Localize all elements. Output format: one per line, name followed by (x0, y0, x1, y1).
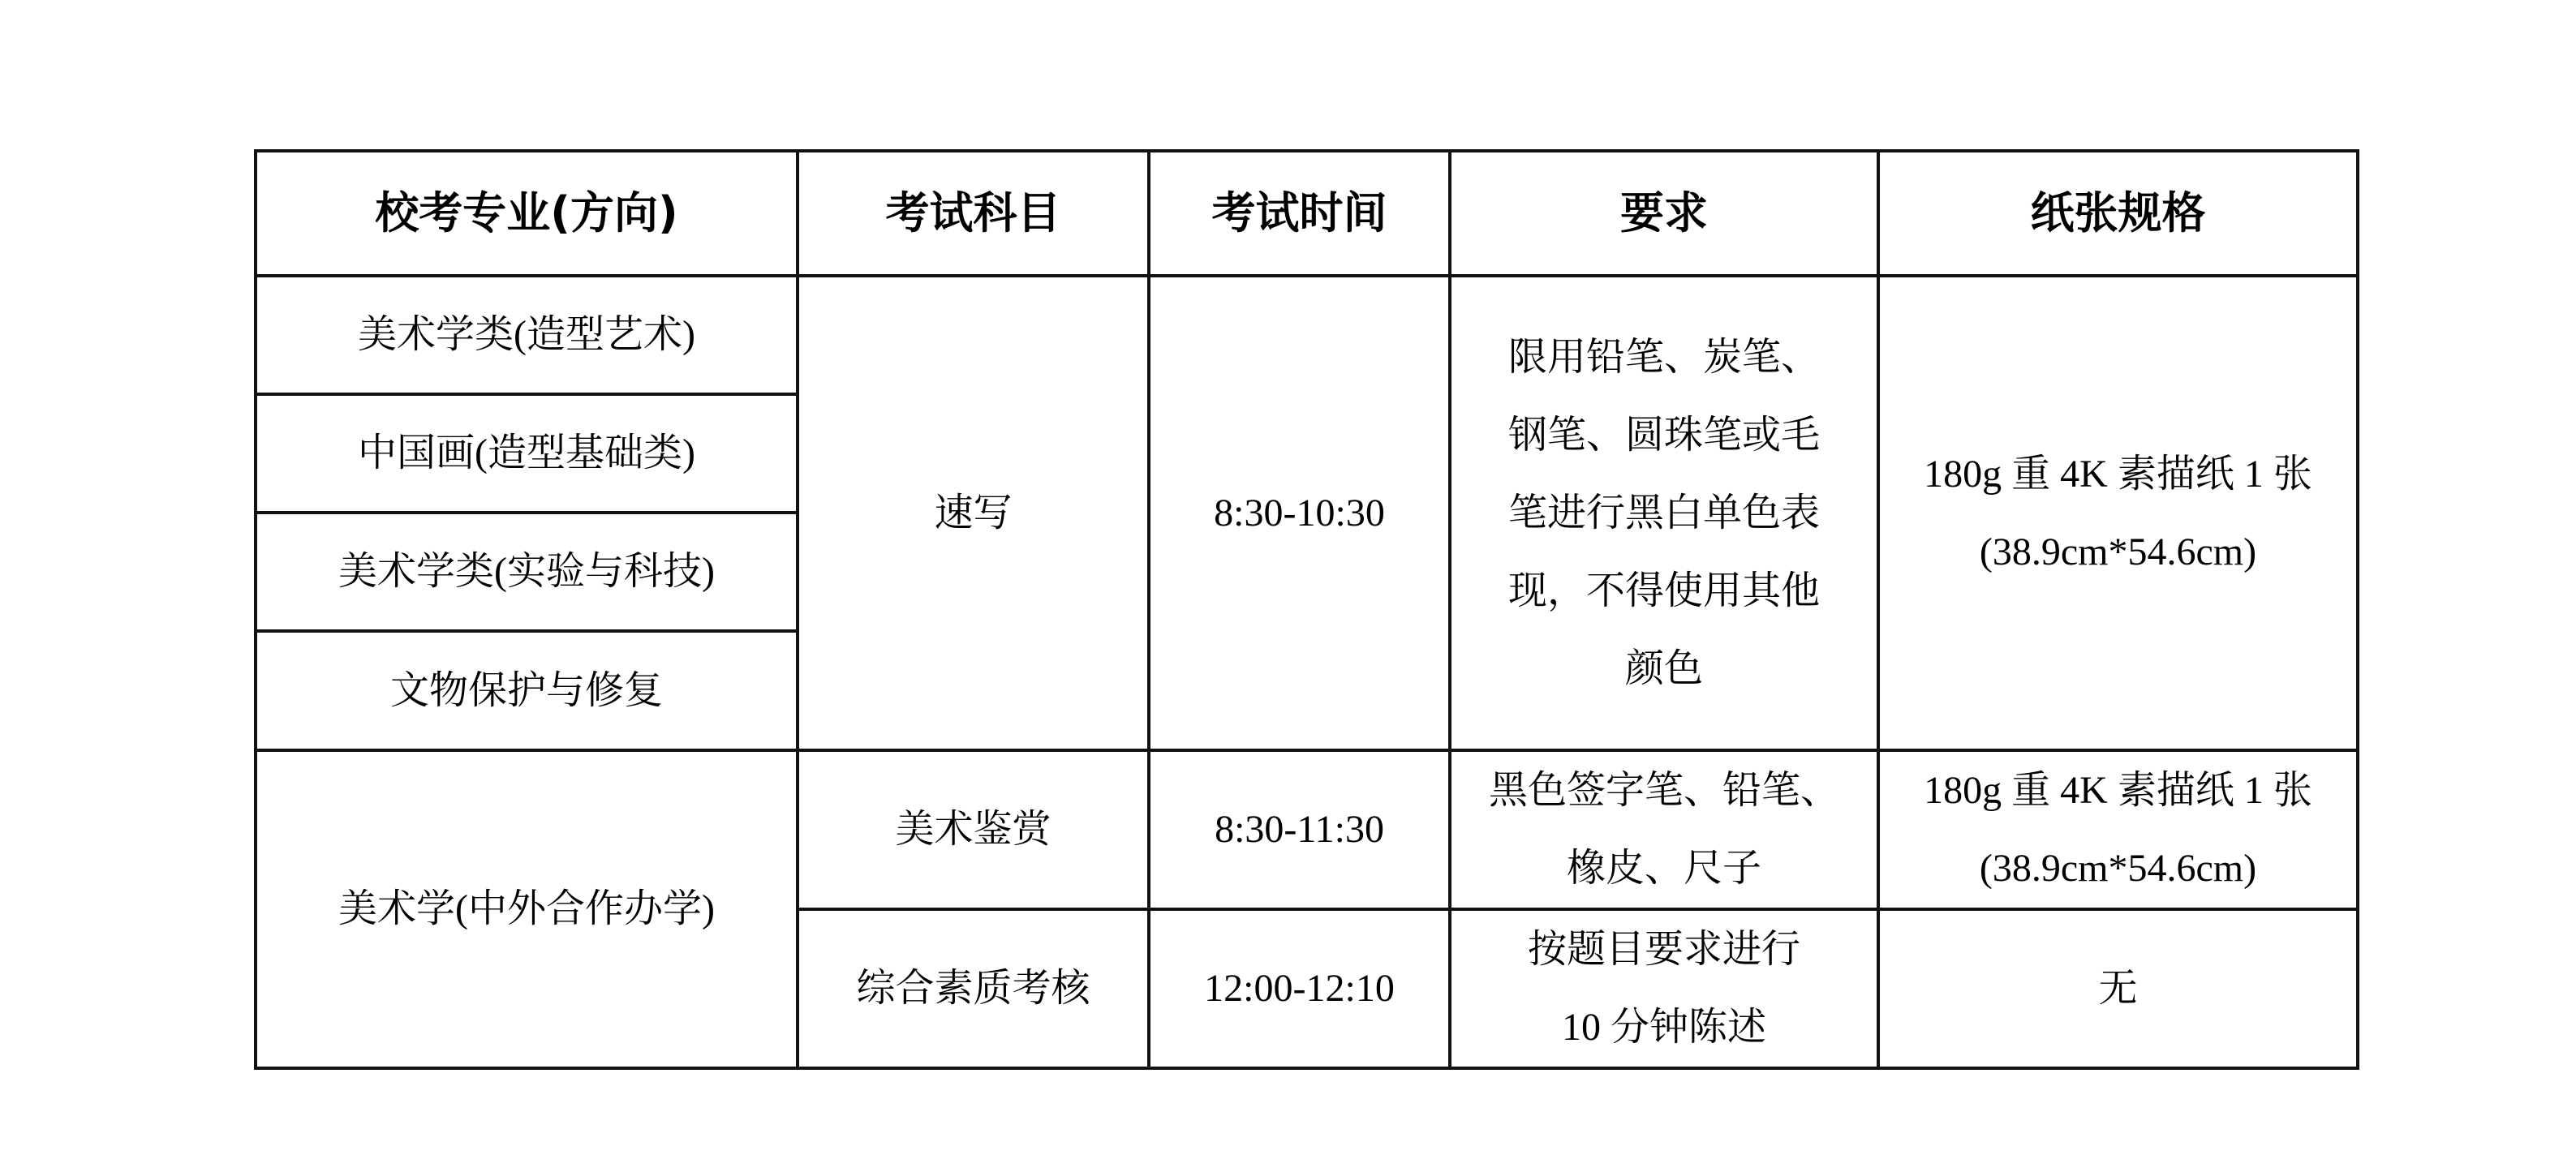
major-cell: 中国画(造型基础类) (256, 394, 798, 513)
header-paper: 纸张规格 (1878, 151, 2358, 276)
major-cell: 美术学类(造型艺术) (256, 276, 798, 394)
paper-cell: 180g 重 4K 素描纸 1 张 (38.9cm*54.6cm) (1878, 750, 2358, 909)
exam-schedule-table: 校考专业(方向) 考试科目 考试时间 要求 纸张规格 美术学类(造型艺术) 速写… (254, 149, 2359, 1070)
subject-cell: 美术鉴赏 (798, 750, 1149, 909)
table-row: 美术学(中外合作办学) 美术鉴赏 8:30-11:30 黑色签字笔、铅笔、 橡皮… (256, 750, 2358, 909)
time-cell: 8:30-11:30 (1149, 750, 1450, 909)
major-cell: 美术学(中外合作办学) (256, 750, 798, 1068)
requirement-cell: 按题目要求进行 10 分钟陈述 (1450, 909, 1878, 1068)
requirement-line: 笔进行黑白单色表 (1461, 474, 1867, 552)
paper-line: (38.9cm*54.6cm) (1890, 830, 2346, 908)
paper-line: 180g 重 4K 素描纸 1 张 (1890, 436, 2346, 513)
requirement-line: 现，不得使用其他 (1461, 552, 1867, 630)
header-major: 校考专业(方向) (256, 151, 798, 276)
requirement-line: 按题目要求进行 (1461, 911, 1867, 989)
header-requirement: 要求 (1450, 151, 1878, 276)
requirement-line: 黑色签字笔、铅笔、 (1461, 752, 1867, 830)
requirement-line: 钢笔、圆珠笔或毛 (1461, 397, 1867, 474)
header-time: 考试时间 (1149, 151, 1450, 276)
header-subject: 考试科目 (798, 151, 1149, 276)
requirement-cell: 黑色签字笔、铅笔、 橡皮、尺子 (1450, 750, 1878, 909)
subject-cell: 速写 (798, 276, 1149, 750)
subject-cell: 综合素质考核 (798, 909, 1149, 1068)
requirement-line: 限用铅笔、炭笔、 (1461, 319, 1867, 397)
time-cell: 8:30-10:30 (1149, 276, 1450, 750)
time-cell: 12:00-12:10 (1149, 909, 1450, 1068)
header-row: 校考专业(方向) 考试科目 考试时间 要求 纸张规格 (256, 151, 2358, 276)
requirement-cell: 限用铅笔、炭笔、 钢笔、圆珠笔或毛 笔进行黑白单色表 现，不得使用其他 颜色 (1450, 276, 1878, 750)
table-row: 美术学类(造型艺术) 速写 8:30-10:30 限用铅笔、炭笔、 钢笔、圆珠笔… (256, 276, 2358, 394)
requirement-line: 橡皮、尺子 (1461, 830, 1867, 908)
requirement-line: 10 分钟陈述 (1461, 989, 1867, 1067)
paper-line: (38.9cm*54.6cm) (1890, 513, 2346, 591)
paper-line: 180g 重 4K 素描纸 1 张 (1890, 752, 2346, 830)
major-cell: 美术学类(实验与科技) (256, 513, 798, 631)
paper-cell: 180g 重 4K 素描纸 1 张 (38.9cm*54.6cm) (1878, 276, 2358, 750)
paper-cell: 无 (1878, 909, 2358, 1068)
requirement-line: 颜色 (1461, 630, 1867, 708)
major-cell: 文物保护与修复 (256, 631, 798, 750)
